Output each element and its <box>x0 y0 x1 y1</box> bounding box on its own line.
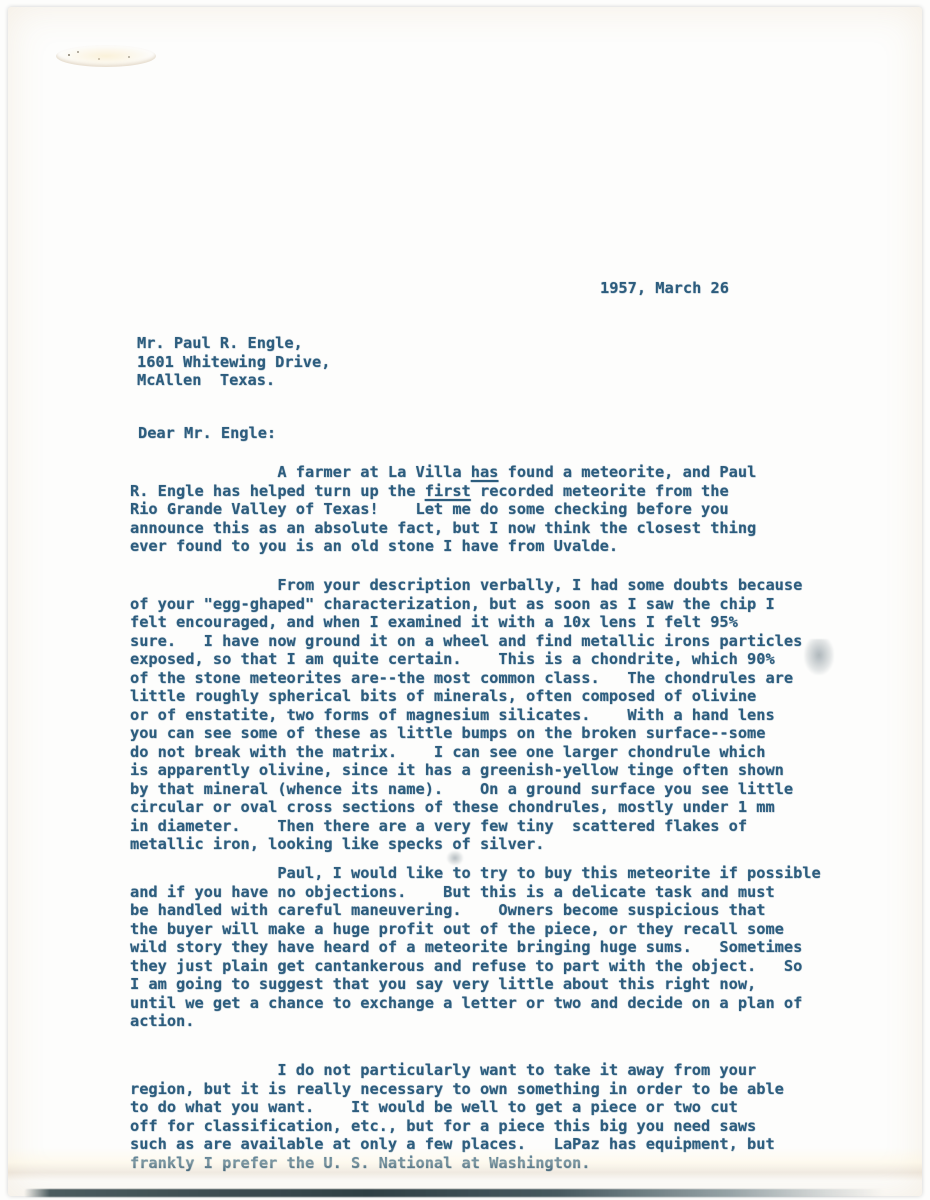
paragraph-1: A farmer at La Villa has found a meteori… <box>130 463 756 556</box>
scan-background: 1957, March 26 Mr. Paul R. Engle, 1601 W… <box>0 0 930 1200</box>
salutation: Dear Mr. Engle: <box>138 424 276 443</box>
paragraph-4: I do not particularly want to take it aw… <box>130 1061 784 1172</box>
ink-stain <box>804 639 834 675</box>
letter-page: 1957, March 26 Mr. Paul R. Engle, 1601 W… <box>8 7 922 1196</box>
scan-edge-shadow <box>24 1189 884 1197</box>
recipient-address: Mr. Paul R. Engle, 1601 Whitewing Drive,… <box>137 334 330 390</box>
crease-mark <box>56 45 156 67</box>
paragraph-3: Paul, I would like to try to buy this me… <box>130 864 821 1031</box>
paragraph-2: From your description verbally, I had so… <box>130 576 802 854</box>
letter-date: 1957, March 26 <box>600 279 729 298</box>
ink-smudge <box>446 850 464 866</box>
